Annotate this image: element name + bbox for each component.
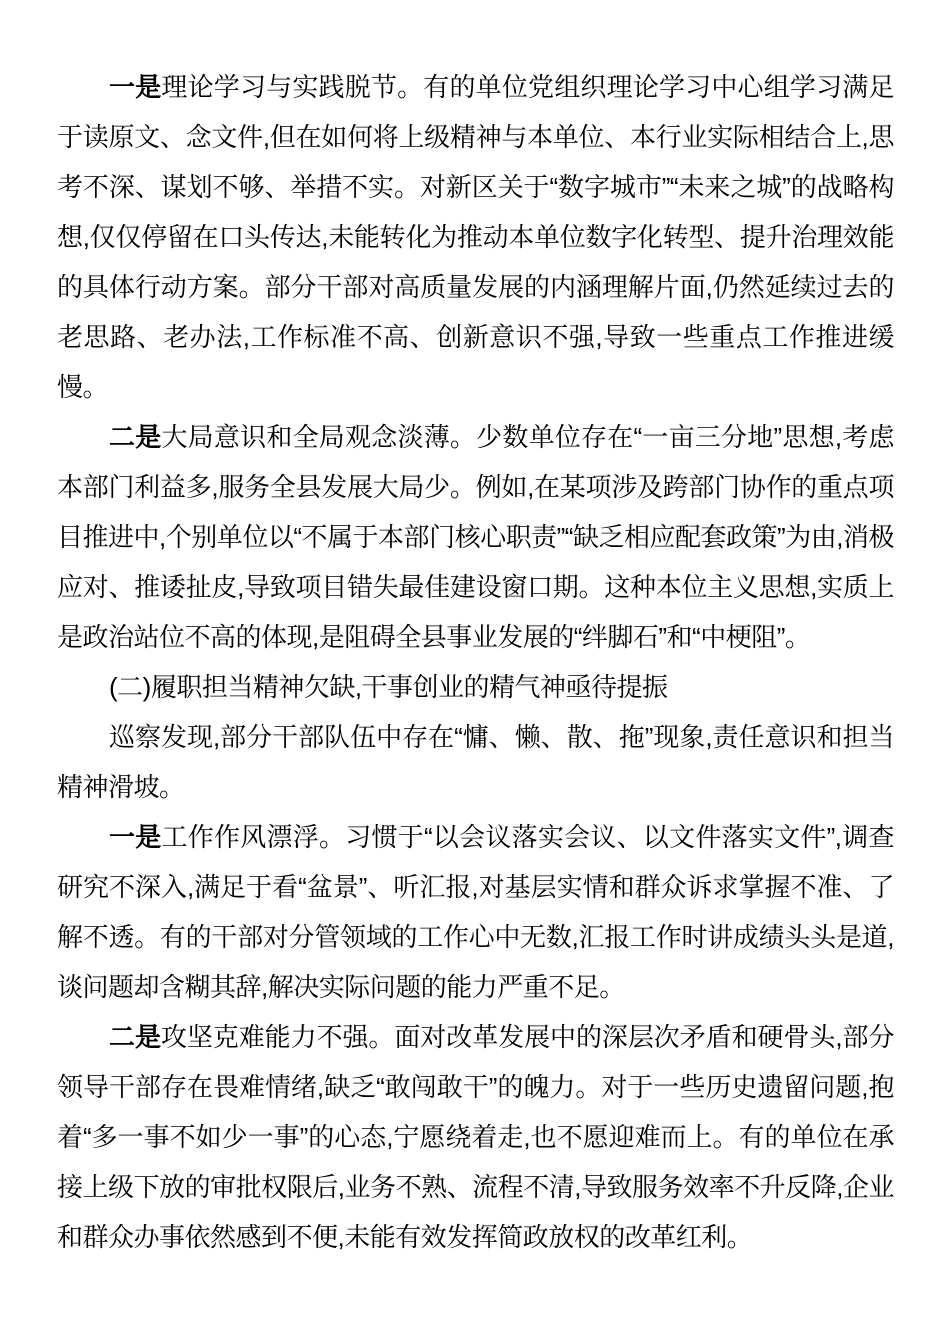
paragraph: 二是攻坚克难能力不强。面对改革发展中的深层次矛盾和硬骨头,部分领导干部存在畏难情…	[57, 1012, 894, 1262]
paragraph-lead-label: 一是	[109, 72, 161, 102]
document-page: 一是理论学习与实践脱节。有的单位党组织理论学习中心组学习满足于读原文、念文件,但…	[0, 0, 950, 1344]
paragraph-text: 攻坚克难能力不强。面对改革发展中的深层次矛盾和硬骨头,部分领导干部存在畏难情绪,…	[57, 1022, 894, 1252]
paragraph-text: 理论学习与实践脱节。有的单位党组织理论学习中心组学习满足于读原文、念文件,但在如…	[57, 72, 894, 402]
document-body: 一是理论学习与实践脱节。有的单位党组织理论学习中心组学习满足于读原文、念文件,但…	[57, 62, 894, 1262]
paragraph-text: 工作作风漂浮。习惯于“以会议落实会议、以文件落实文件”,调查研究不深入,满足于看…	[57, 822, 894, 1002]
paragraph-lead-label: 二是	[109, 1022, 161, 1052]
paragraph: 二是大局意识和全局观念淡薄。少数单位存在“一亩三分地”思想,考虑本部门利益多,服…	[57, 412, 894, 662]
paragraph-text: 大局意识和全局观念淡薄。少数单位存在“一亩三分地”思想,考虑本部门利益多,服务全…	[57, 422, 894, 652]
paragraph: 一是工作作风漂浮。习惯于“以会议落实会议、以文件落实文件”,调查研究不深入,满足…	[57, 812, 894, 1012]
paragraph-lead-label: 一是	[109, 822, 162, 852]
paragraph: 一是理论学习与实践脱节。有的单位党组织理论学习中心组学习满足于读原文、念文件,但…	[57, 62, 894, 412]
paragraph-text: (二)履职担当精神欠缺,干事创业的精气神亟待提振	[109, 672, 668, 702]
paragraph: (二)履职担当精神欠缺,干事创业的精气神亟待提振	[57, 662, 894, 712]
paragraph-lead-label: 二是	[109, 422, 161, 452]
paragraph: 巡察发现,部分干部队伍中存在“慵、懒、散、拖”现象,责任意识和担当精神滑坡。	[57, 712, 894, 812]
paragraph-text: 巡察发现,部分干部队伍中存在“慵、懒、散、拖”现象,责任意识和担当精神滑坡。	[57, 722, 894, 802]
